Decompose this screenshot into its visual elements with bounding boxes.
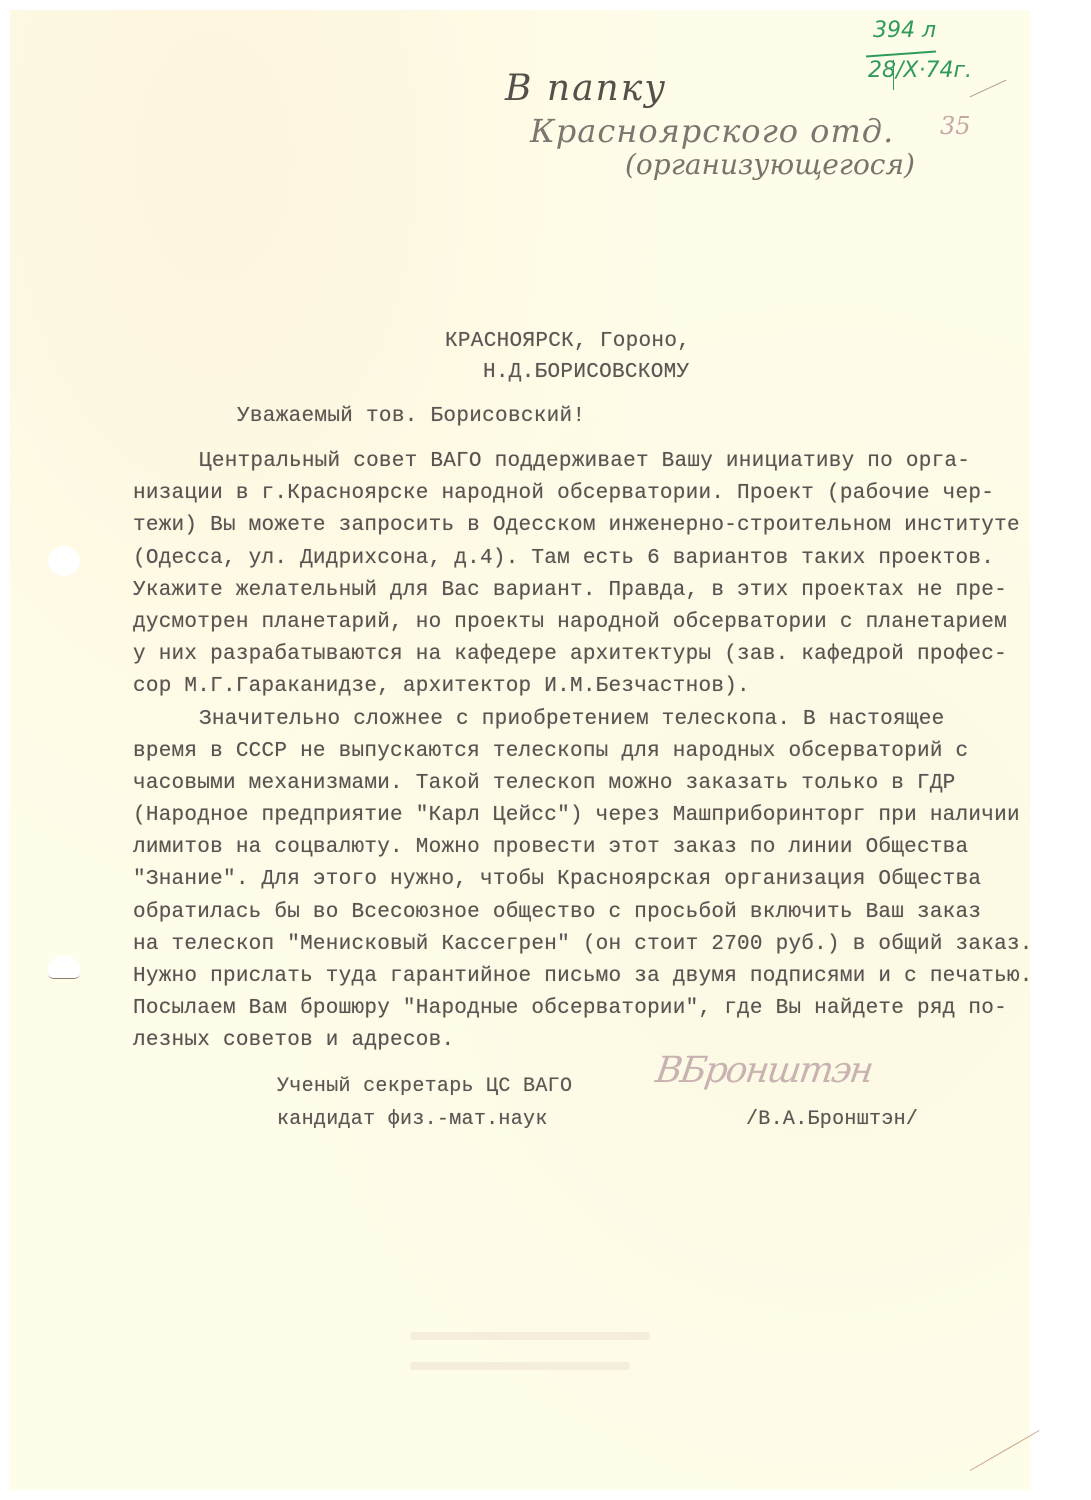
body-line: (Народное предприятие "Карл Цейсс") чере…: [133, 800, 1033, 832]
body-line: на телескоп "Менисковый Кассегрен" (он с…: [133, 929, 1033, 961]
body-line: Посылаем Вам брошюру "Народные обсервато…: [133, 993, 1033, 1025]
body-line: Значительно сложнее с приобретением теле…: [133, 704, 1033, 736]
body-line: Нужно прислать туда гарантийное письмо з…: [133, 961, 1033, 993]
body-line: Укажите желательный для Вас вариант. Пра…: [133, 575, 1033, 607]
registration-date: 28/X·74г.: [868, 58, 972, 83]
body-line: низации в г.Красноярске народной обсерва…: [133, 478, 1033, 510]
bleed-through-text: [410, 1332, 650, 1340]
recipient-address-line-1: КРАСНОЯРСК, Гороно,: [445, 330, 690, 353]
registration-number: 394 л: [873, 18, 936, 43]
signatory-degree: кандидат физ.-мат.наук: [277, 1108, 548, 1131]
handwritten-resolution-line-3: (организующегося): [625, 148, 915, 181]
torn-corner: [970, 1430, 1040, 1471]
signatory-title: Ученый секретарь ЦС ВАГО: [277, 1075, 572, 1098]
page-number: 35: [940, 112, 971, 140]
punch-hole: [48, 956, 80, 979]
body-line: у них разрабатываются на кафедере архите…: [133, 639, 1033, 671]
body-line: (Одесса, ул. Дидрихсона, д.4). Там есть …: [133, 543, 1033, 575]
punch-hole: [48, 546, 80, 576]
body-line: время в СССР не выпускаются телескопы дл…: [133, 736, 1033, 768]
body-line: лезных советов и адресов.: [133, 1025, 1033, 1057]
body-line: обратилась бы во Всесоюзное общество с п…: [133, 897, 1033, 929]
body-line: лимитов на соцвалюту. Можно провести это…: [133, 832, 1033, 864]
body-line: Центральный совет ВАГО поддерживает Вашу…: [133, 446, 1033, 478]
letter-body: Центральный совет ВАГО поддерживает Вашу…: [133, 446, 1033, 1058]
body-line: "Знание". Для этого нужно, чтобы Красноя…: [133, 864, 1033, 896]
body-line: сор М.Г.Гараканидзе, архитектор И.М.Безч…: [133, 671, 1033, 703]
handwritten-resolution-line-1: В папку: [505, 68, 667, 109]
recipient-name: Н.Д.БОРИСОВСКОМУ: [483, 361, 689, 384]
body-line: тежи) Вы можете запросить в Одесском инж…: [133, 510, 1033, 542]
handwritten-resolution-line-2: Красноярского отд.: [530, 112, 894, 150]
body-line: дусмотрен планетарий, но проекты народно…: [133, 607, 1033, 639]
salutation: Уважаемый тов. Борисовский!: [237, 405, 585, 428]
handwritten-signature: ВБронштэн: [653, 1050, 874, 1091]
bleed-through-text: [410, 1362, 630, 1370]
body-line: часовыми механизмами. Такой телескоп мож…: [133, 768, 1033, 800]
signatory-name: /В.А.Бронштэн/: [746, 1108, 918, 1131]
